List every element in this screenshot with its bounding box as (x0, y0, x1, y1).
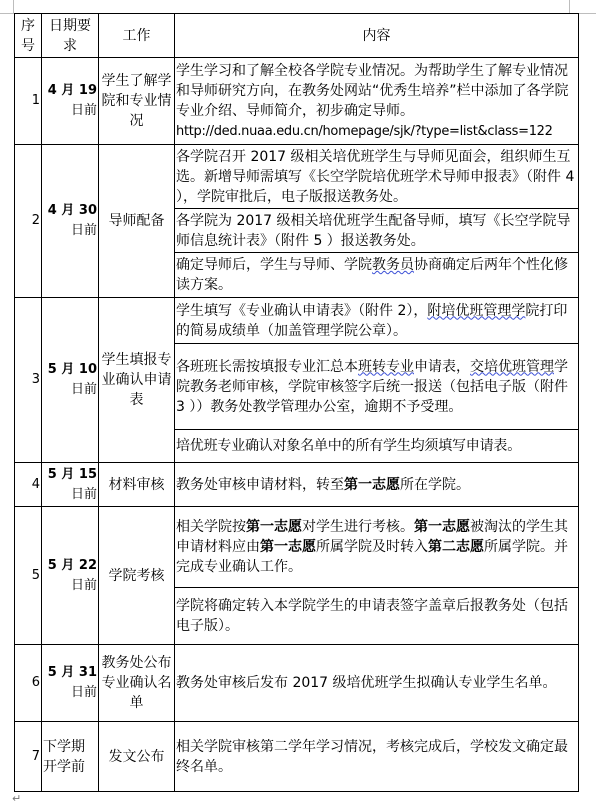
spellcheck-underline: 教务员 (372, 257, 414, 273)
spellcheck-underline: 班转专业 (358, 359, 414, 375)
spellcheck-underline: 交培优班管理 (470, 359, 554, 375)
row-num: 1 (15, 58, 42, 145)
row-content: 各班班长需按填报专业汇总本班转专业申请表，交培优班管理学院教务老师审核，学院审核… (175, 344, 579, 430)
row-content: 教务处审核申请材料，转至第一志愿所在学院。 (175, 463, 579, 507)
row-date: 5 月 10日前 (42, 298, 99, 463)
table-row: 6 5 月 31日前 教务处公布专业确认名单 教务处审核后发布 2017 级培优… (15, 645, 579, 722)
row-num: 2 (15, 145, 42, 298)
header-num: 序号 (15, 14, 42, 58)
row-date: 5 月 31日前 (42, 645, 99, 722)
row-date: 4 月 19日前 (42, 58, 99, 145)
row-content: 相关学院按第一志愿对学生进行考核。第一志愿被淘汰的学生其申请材料应由第一志愿所属… (175, 507, 579, 588)
row-task: 学生填报专业确认申请表 (99, 298, 175, 463)
page-corner-mark-right (569, 0, 596, 14)
row-num: 5 (15, 507, 42, 645)
row-task: 学院考核 (99, 507, 175, 645)
row-task: 教务处公布专业确认名单 (99, 645, 175, 722)
row-content: 学院将确定转入本学院学生的申请表签字盖章后报教务处（包括电子版）。 (175, 588, 579, 645)
table-row: 1 4 月 19日前 学生了解学院和专业情况 学生学习和了解全校各学院专业情况。… (15, 58, 579, 145)
row-task: 材料审核 (99, 463, 175, 507)
row-num: 3 (15, 298, 42, 463)
row-date: 5 月 22日前 (42, 507, 99, 645)
row-content-emphasis: 培优班专业确认对象名单中的所有学生均须填写申请表。 (175, 430, 579, 463)
header-row: 序号 日期要求 工作 内容 (15, 14, 579, 58)
schedule-table: 序号 日期要求 工作 内容 1 4 月 19日前 学生了解学院和专业情况 学生学… (14, 13, 579, 792)
row-content: 各学院为 2017 级相关培优班学生配备导师，填写《长空学院导师信息统计表》（附… (175, 209, 579, 253)
row-date: 4 月 30日前 (42, 145, 99, 298)
spellcheck-underline: 附培优班管理学 (427, 303, 525, 319)
header-content: 内容 (175, 14, 579, 58)
row-content: 学生填写《专业确认申请表》（附件 2），附培优班管理学院打印的简易成绩单（加盖管… (175, 298, 579, 344)
row-content: 各学院召开 2017 级相关培优班学生与导师见面会，组织师生互选。新增导师需填写… (175, 145, 579, 209)
row-content: 学生学习和了解全校各学院专业情况。为帮助学生了解专业情况和导师研究方向，在教务处… (175, 58, 579, 145)
row-content: 教务处审核后发布 2017 级培优班学生拟确认专业学生名单。 (175, 645, 579, 722)
table-row: 7 下学期开学前 发文公布 相关学院审核第二学年学习情况，考核完成后，学校发文确… (15, 722, 579, 792)
row-date: 下学期开学前 (42, 722, 99, 792)
page-corner-mark-left (0, 0, 14, 14)
table-row: 4 5 月 15日前 材料审核 教务处审核申请材料，转至第一志愿所在学院。 (15, 463, 579, 507)
table-row: 5 5 月 22日前 学院考核 相关学院按第一志愿对学生进行考核。第一志愿被淘汰… (15, 507, 579, 588)
website-link-text: http://ded.nuaa.edu.cn/homepage/sjk/?typ… (176, 124, 553, 139)
table-row: 3 5 月 10日前 学生填报专业确认申请表 学生填写《专业确认申请表》（附件 … (15, 298, 579, 344)
table-row: 2 4 月 30日前 导师配备 各学院召开 2017 级相关培优班学生与导师见面… (15, 145, 579, 209)
row-date: 5 月 15日前 (42, 463, 99, 507)
row-task: 学生了解学院和专业情况 (99, 58, 175, 145)
row-content: 确定导师后，学生与导师、学院教务员协商确定后两年个性化修读方案。 (175, 253, 579, 298)
paragraph-mark-icon: ↵ (12, 792, 21, 805)
row-num: 7 (15, 722, 42, 792)
header-task: 工作 (99, 14, 175, 58)
header-date: 日期要求 (42, 14, 99, 58)
row-task: 发文公布 (99, 722, 175, 792)
row-num: 4 (15, 463, 42, 507)
content-paragraph: 学生学习和了解全校各学院专业情况。为帮助学生了解专业情况和导师研究方向，在教务处… (176, 63, 569, 119)
row-num: 6 (15, 645, 42, 722)
row-task: 导师配备 (99, 145, 175, 298)
row-content: 相关学院审核第二学年学习情况，考核完成后，学校发文确定最终名单。 (175, 722, 579, 792)
